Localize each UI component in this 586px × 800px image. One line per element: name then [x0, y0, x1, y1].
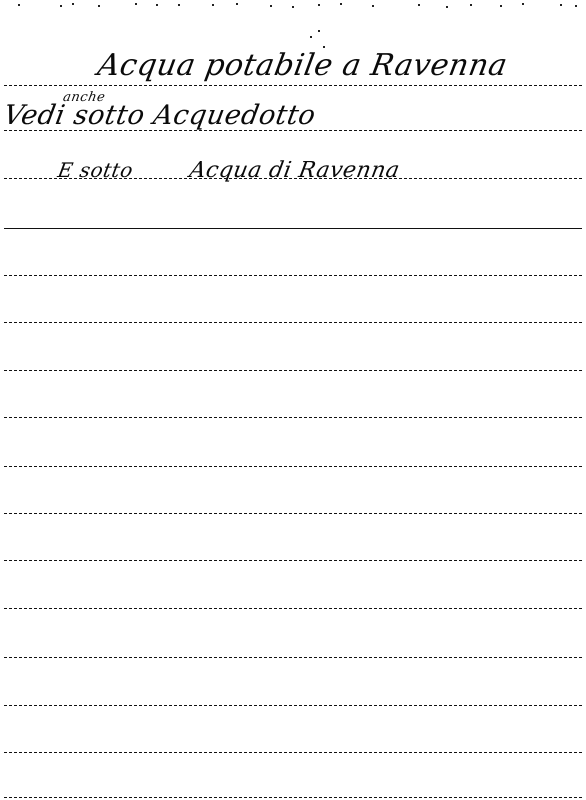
ruled-line [4, 752, 582, 753]
ruled-line [4, 178, 582, 179]
ruled-line [4, 513, 582, 514]
cross-reference-acqua-di-ravenna: E sotto Acqua di Ravenna [56, 158, 402, 183]
speck [270, 5, 272, 7]
speck [318, 30, 320, 32]
cross-reference-acquedotto: Vedi anche sotto Acquedotto [1, 100, 318, 131]
ruled-line [4, 322, 582, 323]
ruled-line [4, 608, 582, 609]
ruled-line [4, 797, 582, 798]
speck [418, 4, 420, 6]
speck [560, 4, 562, 6]
cross-ref-insertion: anche [62, 90, 107, 105]
ruled-line [4, 466, 582, 467]
card-title: Acqua potabile a Ravenna [95, 48, 510, 83]
speck [156, 4, 158, 6]
speck [522, 3, 524, 5]
speck [212, 4, 214, 6]
speck [340, 3, 342, 5]
speck [500, 5, 502, 7]
ruled-line [4, 560, 582, 561]
ruled-line [4, 705, 582, 706]
cross-ref-text: Acqua di Ravenna [188, 158, 402, 183]
speck [310, 36, 312, 38]
ruled-line [4, 228, 582, 229]
speck [446, 6, 448, 8]
ruled-line [4, 275, 582, 276]
speck [98, 5, 100, 7]
speck [72, 3, 74, 5]
ruled-line [4, 657, 582, 658]
speck [323, 46, 325, 48]
speck [60, 5, 62, 7]
speck [372, 5, 374, 7]
cross-ref-text: sotto Acquedotto [71, 100, 318, 131]
speck [470, 4, 472, 6]
index-card: Acqua potabile a Ravenna Vedi anche sott… [0, 0, 586, 800]
speck [135, 3, 137, 5]
speck [18, 4, 20, 6]
cross-ref-prefix: Vedi [1, 100, 67, 131]
speck [292, 6, 294, 8]
ruled-line [4, 370, 582, 371]
speck [178, 4, 180, 6]
speck [318, 4, 320, 6]
ruled-line [4, 417, 582, 418]
ruled-line [4, 85, 582, 86]
speck [575, 5, 577, 7]
ruled-line [4, 130, 582, 131]
speck [236, 3, 238, 5]
